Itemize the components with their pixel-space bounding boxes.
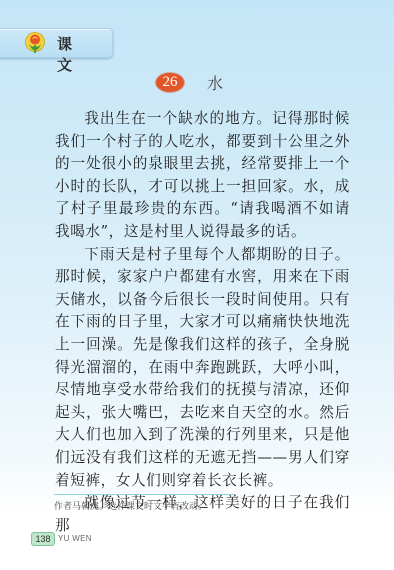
sunflower-logo-icon xyxy=(25,32,45,54)
lesson-heading: 26 水 xyxy=(156,71,223,93)
paragraph: 我出生在一个缺水的地方。记得那时候我们一个村子的人吃水，都要到十公里之外的一处很… xyxy=(55,108,350,244)
paragraph: 下雨天是村子里每个人都期盼的日子。那时候，家家户户都建有水窖，用来在下雨天储水，… xyxy=(55,244,350,493)
lesson-number-badge: 26 xyxy=(156,73,184,92)
lesson-title: 水 xyxy=(207,71,223,94)
section-label: 课 文 xyxy=(57,33,112,75)
footnote: 作者马朝虎。选作课文时文字有改动。 xyxy=(54,499,207,512)
subject-label: YU WEN xyxy=(58,534,92,543)
footnote-divider xyxy=(54,494,235,495)
section-header-tab: 课 文 xyxy=(0,28,113,58)
page-number: 138 xyxy=(31,532,55,546)
lesson-body: 我出生在一个缺水的地方。记得那时候我们一个村子的人吃水，都要到十公里之外的一处很… xyxy=(55,108,350,537)
